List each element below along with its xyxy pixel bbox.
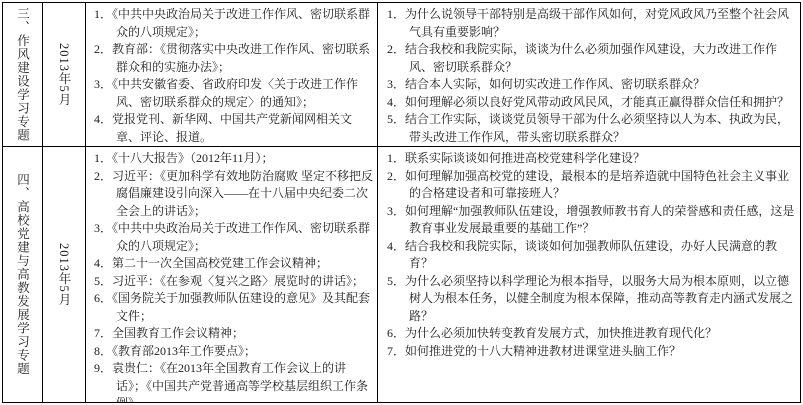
questions-cell: 1．为什么说领导干部特别是高级干部作风如何，对党风政风乃至整个社会风气具有重要影… [378, 3, 800, 146]
list-item: 4．第二十一次全国高校党建工作会议精神； [90, 255, 375, 273]
list-item: 1．为什么说领导干部特别是高级干部作风如何，对党风政风乃至整个社会风气具有重要影… [383, 6, 796, 41]
list-item: 5．为什么必须坚持以科学理论为根本指导，以服务大局为根本原则，以立德树人为根本任… [383, 273, 796, 326]
topic-cell: 三、作风建设学习专题 [3, 3, 43, 146]
study-plan-table: 三、作风建设学习专题 2013年5月 1．《中共中央政治局关于改进工作作风、密切… [2, 2, 801, 403]
date-cell: 2013年5月 [43, 3, 86, 146]
list-item: 5．结合工作实际，谈谈党员领导干部为什么必须坚持以人为本、执政为民，带头改进工作… [383, 111, 796, 146]
list-item: 4．结合我校和我院实际，谈谈如何加强教师队伍建设，办好人民满意的教育？ [383, 238, 796, 273]
list-item: 9．袁贵仁：《在2013年全国教育工作会议上的讲话》；《中国共产党普通高等学校基… [90, 360, 375, 402]
list-item: 3．如何理解“加强教师队伍建设，增强教师教书育人的荣誉感和责任感，这是教育事业发… [383, 203, 796, 238]
list-item: 4．党报党刊、新华网、中国共产党新闻网相关文章、评论、报道。 [90, 111, 375, 146]
list-item: 5．习近平：《在参观〈复兴之路〉展览时的讲话》； [90, 273, 375, 291]
list-item: 3．《中共安徽省委、省政府印发〈关于改进工作作风、密切联系群众的规定〉的通知》； [90, 76, 375, 111]
list-item: 8．《教育部2013年工作要点》； [90, 343, 375, 361]
list-item: 2．教育部：《贯彻落实中央改进工作作风、密切联系群众和的实施办法》； [90, 41, 375, 76]
readings-cell: 1．《十八大报告》（2012年11月）；2．习近平：《更加科学有效地防治腐败 坚… [86, 147, 378, 402]
list-item: 3．结合本人实际，如何切实改进工作作风、密切联系群众？ [383, 76, 796, 94]
date-label: 2013年5月 [55, 243, 73, 306]
table-row: 三、作风建设学习专题 2013年5月 1．《中共中央政治局关于改进工作作风、密切… [3, 3, 800, 147]
list-item: 1．《十八大报告》（2012年11月）； [90, 150, 375, 168]
list-item: 1．《中共中央政治局关于改进工作作风、密切联系群众的八项规定》； [90, 6, 375, 41]
list-item: 2．习近平：《更加科学有效地防治腐败 坚定不移把反腐倡廉建设引向深入——在十八届… [90, 168, 375, 221]
questions-cell: 1．联系实际谈谈如何推进高校党建科学化建设？2．如何理解加强高校党的建设，最根本… [378, 147, 800, 402]
list-item: 2．结合我校和我院实际，谈谈为什么必须加强作风建设，大力改进工作作风、密切联系群… [383, 41, 796, 76]
list-item: 2．如何理解加强高校党的建设，最根本的是培养造就中国特色社会主义事业的合格建设者… [383, 168, 796, 203]
table-row: 四、高校党建与高教发展学习专题 2013年5月 1．《十八大报告》（2012年1… [3, 147, 800, 402]
date-label: 2013年5月 [55, 43, 73, 106]
list-item: 3．《中共中央政治局关于改进工作作风、密切联系群众的八项规定》； [90, 220, 375, 255]
list-item: 6．《国务院关于加强教师队伍建设的意见》及其配套文件； [90, 290, 375, 325]
list-item: 7．如何推进党的十八大精神进教材进课堂进头脑工作？ [383, 343, 796, 361]
list-item: 1．联系实际谈谈如何推进高校党建科学化建设？ [383, 150, 796, 168]
topic-label: 四、高校党建与高教发展学习专题 [14, 173, 32, 376]
list-item: 7．全国教育工作会议精神； [90, 325, 375, 343]
list-item: 6．为什么必须加快转变教育发展方式，加快推进教育现代化？ [383, 325, 796, 343]
date-cell: 2013年5月 [43, 147, 86, 402]
list-item: 4．如何理解必须以良好党风带动政风民风，才能真正赢得群众信任和拥护？ [383, 94, 796, 112]
topic-cell: 四、高校党建与高教发展学习专题 [3, 147, 43, 402]
topic-label: 三、作风建设学习专题 [14, 7, 32, 142]
readings-cell: 1．《中共中央政治局关于改进工作作风、密切联系群众的八项规定》；2．教育部：《贯… [86, 3, 378, 146]
